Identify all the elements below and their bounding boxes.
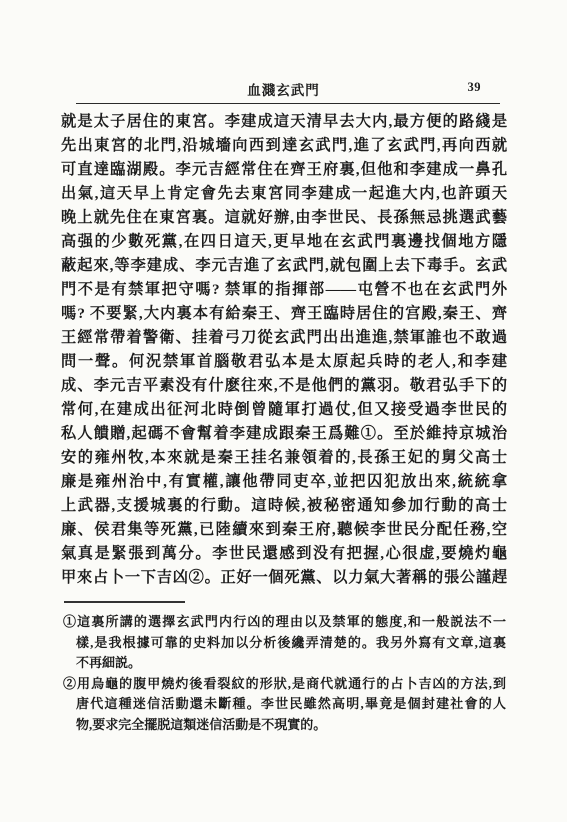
body-text-line: 可直達臨湖殿。李元吉經常住在齊王府裏,但他和李建成一鼻孔 — [61, 158, 507, 182]
page-number: 39 — [468, 80, 482, 95]
footnote-line: 樣,是我根據可靠的史料加以分析後纔弄清楚的。我另外寫有文章,這裏 — [76, 633, 506, 654]
footnotes: ①這裏所講的選擇玄武門内行凶的理由以及禁軍的態度,和一般説法不一樣,是我根據可靠… — [63, 612, 506, 735]
body-text-line: 先出東宮的北門,沿城墻向西到達玄武門,進了玄武門,再向西就 — [61, 134, 507, 158]
body-text-line: 王經常帶着警衛、挂着弓刀從玄武門出出進進,禁軍誰也不敢過 — [61, 326, 507, 350]
body-text-line: 甲來占卜一下吉凶②。正好一個死黨、以力氣大著稱的張公謹趕 — [61, 566, 507, 590]
body-text-line: 常何,在建成出征河北時倒曾隨軍打過仗,但又接受過李世民的 — [61, 398, 507, 422]
footnote-line: ②用烏龜的腹甲燒灼後看裂紋的形狀,是商代就通行的占卜吉凶的方法,到 — [63, 674, 506, 695]
body-text-line: 高强的少數死黨,在四日這天,更早地在玄武門裏邊找個地方隱 — [61, 230, 507, 254]
footnote-separator — [64, 601, 185, 603]
body-text-line: 廉是雍州治中,有實權,讓他帶同吏卒,並把囚犯放出來,統統拿 — [61, 470, 507, 494]
body-text-line: 就是太子居住的東宮。李建成這天清早去大内,最方便的路綫是 — [61, 110, 507, 134]
body-text-line: 問一聲。何況禁軍首腦敬君弘本是太原起兵時的老人,和李建 — [61, 350, 507, 374]
body-text-line: 晚上就先住在東宮裏。這就好辦,由李世民、長孫無忌挑選武藝 — [61, 206, 507, 230]
footnote-line: 唐代這種迷信活動還未斷種。李世民雖然高明,畢竟是個封建社會的人 — [76, 694, 506, 715]
body-text-line: 蔽起來,等李建成、李元吉進了玄武門,就包圍上去下毒手。玄武 — [61, 254, 507, 278]
footnote: ②用烏龜的腹甲燒灼後看裂紋的形狀,是商代就通行的占卜吉凶的方法,到唐代這種迷信活… — [63, 674, 506, 736]
running-title: 血濺玄武門 — [0, 79, 567, 99]
body-text-line: 氣真是緊張到萬分。李世民還感到没有把握,心很虚,要燒灼龜 — [61, 542, 507, 566]
body-text-line: 門不是有禁軍把守嗎? 禁軍的指揮部——屯營不也在玄武門外 — [61, 278, 507, 302]
body-text-line: 私人饋贈,起碼不會幫着李建成跟秦王爲難①。至於維持京城治 — [61, 422, 507, 446]
body-text-line: 成、李元吉平素没有什麽往來,不是他們的黨羽。敬君弘手下的 — [61, 374, 507, 398]
footnote-line: 不再細説。 — [76, 653, 506, 674]
header-rule — [76, 103, 500, 104]
body-text-line: 上武器,支援城裏的行動。這時候,被秘密通知參加行動的高士 — [61, 494, 507, 518]
footnote-line: 物,要求完全擺脱這類迷信活動是不現實的。 — [76, 715, 506, 736]
footnote: ①這裏所講的選擇玄武門内行凶的理由以及禁軍的態度,和一般説法不一樣,是我根據可靠… — [63, 612, 506, 674]
body-text-line: 廉、侯君集等死黨,已陸續來到秦王府,聽候李世民分配任務,空 — [61, 518, 507, 542]
body-text-line: 安的雍州牧,本來就是秦王挂名兼領着的,長孫王妃的舅父高士 — [61, 446, 507, 470]
body-text-line: 嗎? 不要緊,大内裏本有給秦王、齊王臨時居住的宫殿,秦王、齊 — [61, 302, 507, 326]
footnote-line: ①這裏所講的選擇玄武門内行凶的理由以及禁軍的態度,和一般説法不一 — [63, 612, 506, 633]
body-text-line: 出氣,這天早上肯定會先去東宮同李建成一起進大内,也許頭天 — [61, 182, 507, 206]
book-page: 血濺玄武門 39 就是太子居住的東宮。李建成這天清早去大内,最方便的路綫是先出東… — [0, 0, 567, 822]
body-text: 就是太子居住的東宮。李建成這天清早去大内,最方便的路綫是先出東宮的北門,沿城墻向… — [61, 110, 507, 590]
running-header: 血濺玄武門 39 — [0, 79, 567, 97]
